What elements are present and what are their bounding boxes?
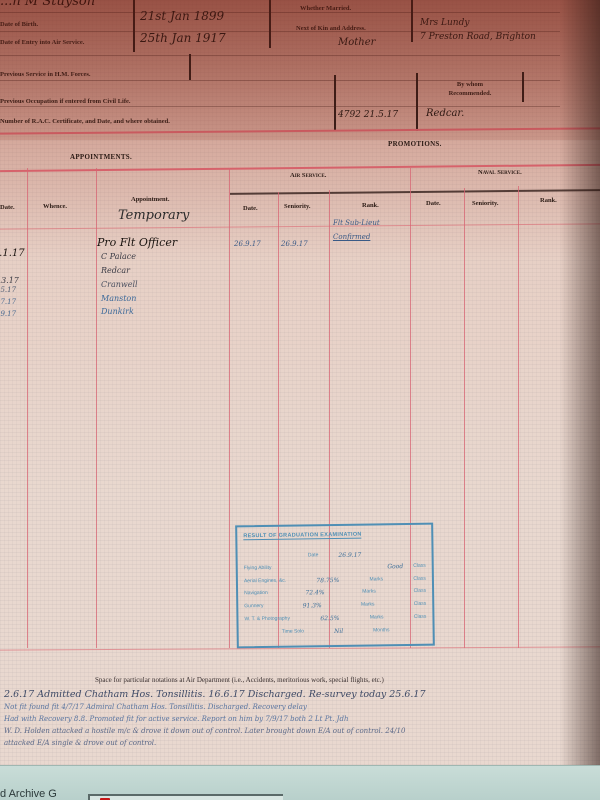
divider [133,0,135,52]
note-line-5: attacked E/A single & drove out of contr… [4,739,304,747]
rule [230,189,600,195]
col-rule [229,168,230,648]
previous-service-label: Previous Service in H.M. Forces. [0,71,91,78]
stamp-navigation-marks: Marks [362,588,376,598]
previous-occupation-label: Previous Occupation if entered from Civi… [0,98,131,105]
appt-col-date: Date. [0,204,15,211]
stamp-gunnery-row: Gunnery 91.3% Marks Class [244,601,426,614]
stamp-navigation-value: 72.4% [305,589,324,599]
rule [0,106,560,107]
appt-date-3: ..3.17 [0,276,19,285]
divider [269,0,271,48]
stamp-gunnery-label: Gunnery [244,603,263,613]
stamp-navigation-row: Navigation 72.4% Marks Class [244,588,426,601]
col-rule [464,188,465,648]
appt-3: Redcar [101,266,130,275]
stamp-time-row: Time Solo Nil Months [245,627,427,640]
dob-label: Date of Birth. [0,21,38,28]
appt-date-4: ..5.17 [0,286,16,294]
rac-where: Redcar. [426,108,464,119]
air-service-title: Air Service. [290,172,326,179]
air-col-rank: Rank. [362,202,379,209]
rule [0,646,600,650]
stamp-date-row: Date 26.9.17 [244,551,426,564]
surname-partial: ...n M Stuyson [0,0,95,9]
col-rule [518,186,519,648]
naval-col-seniority: Seniority. [472,200,499,207]
note-line-4: W. D. Holden attacked a hostile m/c & dr… [4,727,600,735]
stamp-wt-label: W. T. & Photography [244,616,290,627]
stamp-flying-class: Class [413,563,426,573]
appt-date-1: ..1.17 [0,248,25,259]
notes-title: Space for particular notations at Air De… [95,676,384,684]
taskbar: d Archive G [0,765,600,800]
appt-6: Dunkirk [101,307,134,316]
appt-4: Cranwell [101,280,138,289]
appointments-title: APPOINTMENTS. [70,153,132,161]
next-of-kin-relation: Mother [338,37,375,48]
rule [0,55,560,56]
appt-subheading: Temporary [118,208,189,223]
rule [0,12,560,13]
rule [0,223,600,229]
stamp-wt-row: W. T. & Photography 62.5% Marks Class [244,614,426,627]
married-label: Whether Married. [300,5,351,12]
next-of-kin-address-2: 7 Preston Road, Brighton [420,32,536,42]
air-promo-date: 26.9.17 [234,240,261,248]
photo-vignette-right [560,0,600,765]
note-line-2: Not fit found fit 4/7/17 Admiral Chatham… [4,703,600,711]
stamp-engines-class: Class [413,576,426,586]
stamp-navigation-class: Class [414,588,427,598]
divider [416,73,418,131]
stamp-flying-label: Flying Ability [244,565,272,575]
stamp-flying-value: Good [387,563,403,573]
naval-col-rank: Rank. [540,197,557,204]
appt-1: Pro Flt Officer [97,236,177,249]
divider [411,0,413,42]
air-col-date: Date. [243,205,258,212]
promotions-title: PROMOTIONS. [388,140,442,148]
appt-2: C Palace [101,252,136,261]
stamp-gunnery-marks: Marks [361,601,375,611]
air-promo-seniority: 26.9.17 [281,240,308,248]
taskbar-window-button[interactable] [88,794,283,800]
stamp-engines-marks: Marks [369,576,383,586]
appt-col-appointment: Appointment. [131,196,169,203]
rac-number: 4792 21.5.17 [338,110,398,120]
divider [522,72,524,102]
air-promo-rank-1: Flt Sub-Lieut [333,219,380,227]
stamp-time-value: Nil [334,628,343,638]
stamp-gunnery-value: 91.3% [303,602,322,612]
stamp-engines-value: 78.75% [316,577,339,587]
col-rule [27,168,28,648]
stamp-wt-class: Class [414,614,427,624]
appt-col-whence: Whence. [43,203,67,210]
stamp-wt-marks: Marks [370,614,384,624]
stamp-navigation-label: Navigation [244,590,268,600]
rac-label: Number of R.A.C. Certificate, and Date, … [0,118,170,125]
stamp-date-label: Date [308,552,319,562]
entry-label: Date of Entry into Air Service. [0,39,84,46]
naval-service-title: Naval Service. [478,169,522,176]
note-line-3: Had with Recovery 8.8. Promoted fit for … [4,715,600,723]
stamp-engines-row: Aerial Engines, &c. 78.75% Marks Class [244,576,426,589]
stamp-date-value: 26.9.17 [338,552,361,562]
divider [189,54,191,80]
stamp-wt-value: 62.5% [320,615,339,625]
scanned-document: ...n M Stuyson Date of Birth. 21st Jan 1… [0,0,600,765]
stamp-flying-row: Flying Ability Good Class [244,563,426,576]
entry-value: 25th Jan 1917 [140,31,226,45]
note-line-1: 2.6.17 Admitted Chatham Hos. Tonsillitis… [4,689,600,700]
appt-date-5: ..7.17 [0,298,16,306]
appt-date-6: ..9.17 [0,310,16,318]
taskbar-app-label[interactable]: d Archive G [0,788,57,800]
graduation-stamp: RESULT OF GRADUATION EXAMINATION Date 26… [235,523,435,649]
appt-5: Manston [101,294,136,303]
next-of-kin-label: Next of Kin and Address. [296,25,366,32]
dob-value: 21st Jan 1899 [140,9,224,23]
divider [334,75,336,130]
stamp-engines-label: Aerial Engines, &c. [244,578,286,589]
air-promo-rank-2: Confirmed [333,233,370,241]
rule [0,127,600,134]
stamp-time-unit: Months [373,627,390,637]
naval-col-date: Date. [426,200,441,207]
next-of-kin-address-1: Mrs Lundy [420,18,469,28]
air-col-seniority: Seniority. [284,203,311,210]
recommended-label: By whom Recommended. [440,80,500,98]
stamp-gunnery-class: Class [414,601,427,611]
stamp-time-label: Time Solo [282,628,304,638]
stamp-title: RESULT OF GRADUATION EXAMINATION [243,532,361,541]
